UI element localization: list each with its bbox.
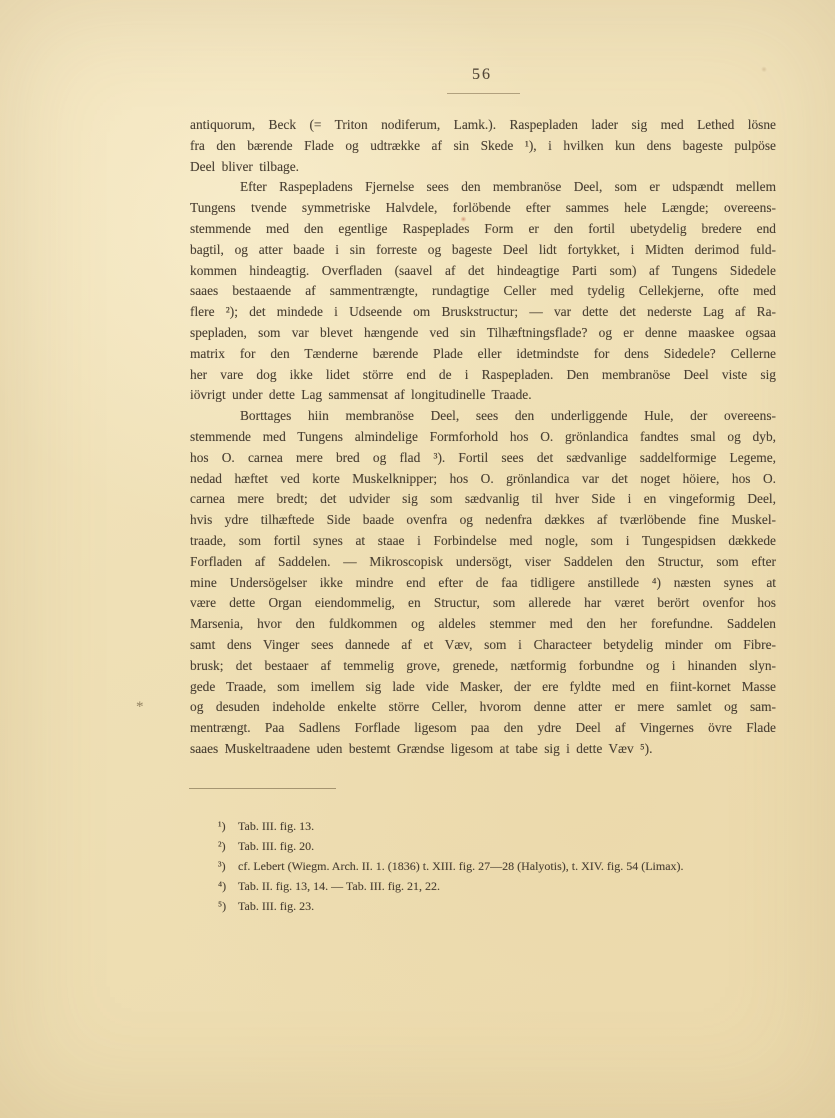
body-line: være dette Organ eiendommelig, en Struct…: [190, 593, 776, 614]
body-line: Efter Raspepladens Fjernelse sees den me…: [190, 177, 776, 198]
body-line: saaes bestaaende af sammentrængte, runda…: [190, 281, 776, 302]
body-line: her vare dog ikke lidet större end de i …: [190, 365, 776, 386]
footnote-marker: ³): [218, 856, 238, 876]
footnote-item: ³)cf. Lebert (Wiegm. Arch. II. 1. (1836)…: [218, 856, 803, 876]
scanned-book-page: 56 antiquorum, Beck (= Triton nodiferum,…: [0, 0, 835, 1118]
footnote-marker: ⁴): [218, 876, 238, 896]
body-line: kommen hindeagtig. Overfladen (saavel af…: [190, 261, 776, 282]
body-line: gede Traade, som imellem sig lade vide M…: [190, 677, 776, 698]
body-line: nedad hæftet ved korte Muskelknipper; ho…: [190, 469, 776, 490]
body-line: hos O. carnea mere bred og flad ³). Fort…: [190, 448, 776, 469]
body-line: Deel bliver tilbage.: [190, 157, 776, 178]
body-line: samt dens Vinger sees dannede af et Væv,…: [190, 635, 776, 656]
footnote-marker: ⁵): [218, 896, 238, 916]
footnote-marker: ¹): [218, 816, 238, 836]
body-line: bagtil, og atter baade i sin forreste og…: [190, 240, 776, 261]
body-line: Borttages hiin membranöse Deel, sees den…: [190, 406, 776, 427]
body-line: saaes Muskeltraadene uden bestemt Grænds…: [190, 739, 776, 760]
footnote-text: cf. Lebert (Wiegm. Arch. II. 1. (1836) t…: [238, 859, 684, 873]
body-line: mine Undersögelser ikke mindre end efter…: [190, 573, 776, 594]
body-line: Forfladen af Saddelen. — Mikroscopisk un…: [190, 552, 776, 573]
footnote-item: ⁴)Tab. II. fig. 13, 14. — Tab. III. fig.…: [218, 876, 803, 896]
page-number-rule: [447, 93, 520, 94]
body-line: Marsenia, hvor den fuldkommen og aldeles…: [190, 614, 776, 635]
body-line: traade, som fortil synes at staae i Forb…: [190, 531, 776, 552]
footnote-item: ¹)Tab. III. fig. 13.: [218, 816, 803, 836]
body-line: mentrængt. Paa Sadlens Forflade ligesom …: [190, 718, 776, 739]
body-line: og desuden indeholde enkelte större Cell…: [190, 697, 776, 718]
body-line: brusk; det bestaaer af temmelig grove, g…: [190, 656, 776, 677]
footnotes: ¹)Tab. III. fig. 13. ²)Tab. III. fig. 20…: [218, 816, 803, 916]
footnote-item: ⁵)Tab. III. fig. 23.: [218, 896, 803, 916]
body-line: carnea mere bredt; det udvider sig som s…: [190, 489, 776, 510]
body-line: matrix for den Tænderne bærende Plade el…: [190, 344, 776, 365]
footnote-text: Tab. III. fig. 23.: [238, 899, 314, 913]
body-line: Tungens tvende symmetriske Halvdele, for…: [190, 198, 776, 219]
body-line: spepladen, som var blevet hængende ved s…: [190, 323, 776, 344]
body-text: antiquorum, Beck (= Triton nodiferum, La…: [190, 115, 776, 760]
page-number: 56: [417, 66, 547, 84]
body-line: iövrigt under dette Lag sammensat af lon…: [190, 385, 776, 406]
body-line: antiquorum, Beck (= Triton nodiferum, La…: [190, 115, 776, 136]
footnote-item: ²)Tab. III. fig. 20.: [218, 836, 803, 856]
body-line: stemmende med den egentlige Raspeplades …: [190, 219, 776, 240]
body-line: flere ²); det mindede i Udseende om Brus…: [190, 302, 776, 323]
footnote-text: Tab. II. fig. 13, 14. — Tab. III. fig. 2…: [238, 879, 440, 893]
footnote-marker: ²): [218, 836, 238, 856]
body-line: stemmende med Tungens almindelige Formfo…: [190, 427, 776, 448]
body-line: fra den bærende Flade og udtrække af sin…: [190, 136, 776, 157]
body-line: hvis ydre tilhæftede Side baade ovenfra …: [190, 510, 776, 531]
margin-asterisk-mark: *: [136, 699, 144, 716]
footnote-text: Tab. III. fig. 20.: [238, 839, 314, 853]
footnote-text: Tab. III. fig. 13.: [238, 819, 314, 833]
footnote-rule: [189, 788, 336, 789]
